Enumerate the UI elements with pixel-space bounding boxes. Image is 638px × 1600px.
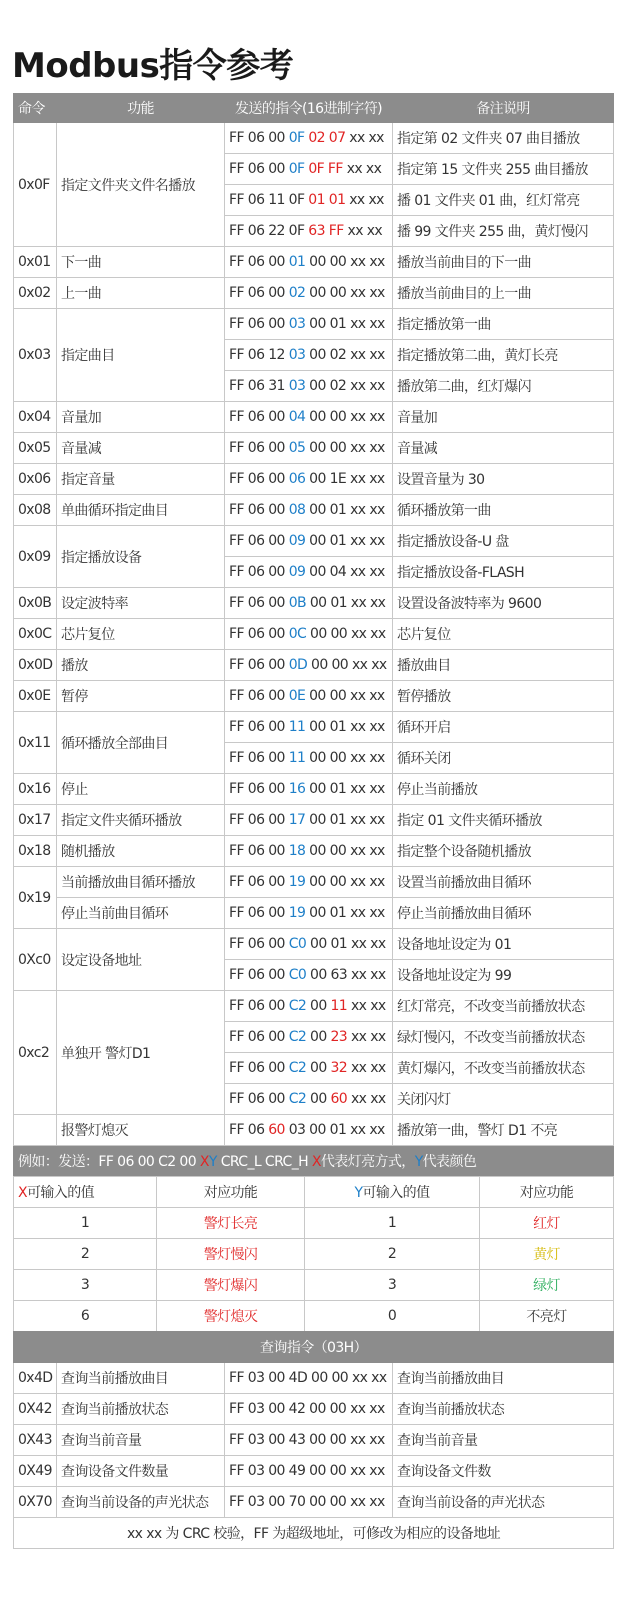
send-part: 09: [289, 564, 306, 580]
note-cell: 设置设备波特率为 9600: [393, 588, 614, 619]
send-part: 00 00 xx xx: [307, 657, 386, 673]
send-part: 09: [289, 533, 306, 549]
send-part: 00 04 xx xx: [305, 564, 384, 580]
x-value: 1: [14, 1208, 157, 1239]
send-part: FF 06 00: [229, 998, 289, 1014]
send-part: FF 06 00: [229, 1029, 289, 1045]
send-cell: FF 06 00 C2 00 11 xx xx: [225, 991, 393, 1022]
header-cmd: 命令: [14, 94, 57, 123]
send-part: C2: [289, 998, 306, 1014]
send-part: FF 06 00: [229, 626, 289, 642]
send-part: FF 06 12: [229, 347, 289, 363]
func-cell: 指定文件夹循环播放: [57, 805, 225, 836]
table-row: 0x0E暂停FF 06 00 0E 00 00 xx xx暂停播放: [14, 681, 614, 712]
send-cell: FF 03 00 42 00 00 xx xx: [225, 1394, 393, 1425]
send-part: FF 06 00: [229, 161, 289, 177]
query-title-row: 查询指令（03H）: [14, 1332, 614, 1363]
query-row: 0X49 查询设备文件数量 FF 03 00 49 00 00 xx xx 查询…: [14, 1456, 614, 1487]
note-cell: 音量加: [393, 402, 614, 433]
send-cell: FF 06 00 19 00 00 xx xx: [225, 867, 393, 898]
func1-header: 对应功能: [157, 1177, 305, 1208]
send-cell: FF 06 00 17 00 01 xx xx: [225, 805, 393, 836]
query-row: 0x4D 查询当前播放曲目 FF 03 00 4D 00 00 xx xx 查询…: [14, 1363, 614, 1394]
send-part: 00 00 xx xx: [305, 750, 384, 766]
example-x: X: [200, 1154, 209, 1170]
x-function: 警灯长亮: [157, 1208, 305, 1239]
note-cell: 查询设备文件数: [393, 1456, 614, 1487]
func-cell: 当前播放曲目循环播放: [57, 867, 225, 898]
send-part: 11: [331, 998, 348, 1014]
send-part: FF 06 00: [229, 750, 289, 766]
func-cell: 停止: [57, 774, 225, 805]
example-y: Y: [209, 1154, 217, 1170]
table-row: 0x08单曲循环指定曲目FF 06 00 08 00 01 xx xx循环播放第…: [14, 495, 614, 526]
y-value: 2: [305, 1239, 480, 1270]
send-part: xx xx: [345, 192, 383, 208]
send-part: FF 06 00: [229, 688, 289, 704]
send-cell: FF 06 00 18 00 00 xx xx: [225, 836, 393, 867]
send-part: 00 00 xx xx: [306, 626, 385, 642]
send-part: C2: [289, 1029, 306, 1045]
note-cell: 查询当前音量: [393, 1425, 614, 1456]
send-part: 17: [289, 812, 306, 828]
y-value: 3: [305, 1270, 480, 1301]
send-part: FF 06 00: [229, 812, 289, 828]
note-cell: 音量减: [393, 433, 614, 464]
send-part: 0E: [289, 688, 306, 704]
table-header: 命令 功能 发送的指令(16进制字符) 备注说明: [14, 94, 614, 123]
note-cell: 查询当前播放曲目: [393, 1363, 614, 1394]
cmd-cell: 0x03: [14, 309, 57, 402]
send-part: 00 01 xx xx: [305, 905, 384, 921]
func-cell: 循环播放全部曲目: [57, 712, 225, 774]
send-part: FF 06 00: [229, 1091, 289, 1107]
send-part: FF 06 00: [229, 905, 289, 921]
cmd-cell: 0x09: [14, 526, 57, 588]
send-part: FF 06 00: [229, 533, 289, 549]
send-cell: FF 06 00 C2 00 60 xx xx: [225, 1084, 393, 1115]
send-part: 0F: [289, 161, 305, 177]
send-part: 00 00 xx xx: [305, 843, 384, 859]
table-row: 0x04音量加FF 06 00 04 00 00 xx xx音量加: [14, 402, 614, 433]
send-part: 00 00 xx xx: [305, 874, 384, 890]
table-row: 0x18随机播放FF 06 00 18 00 00 xx xx指定整个设备随机播…: [14, 836, 614, 867]
header-func: 功能: [57, 94, 225, 123]
example-x2: X: [312, 1154, 321, 1170]
send-part: 18: [289, 843, 306, 859]
table-row: 0x0D播放FF 06 00 0D 00 00 xx xx播放曲目: [14, 650, 614, 681]
send-part: C2: [289, 1060, 306, 1076]
send-part: 00: [306, 1091, 330, 1107]
send-part: FF 06 00: [229, 874, 289, 890]
y-function: 绿灯: [480, 1270, 614, 1301]
send-cell: FF 06 00 09 00 04 xx xx: [225, 557, 393, 588]
func-cell: 随机播放: [57, 836, 225, 867]
cmd-cell: 0x0D: [14, 650, 57, 681]
func-cell: 单曲循环指定曲目: [57, 495, 225, 526]
send-part: 60: [331, 1091, 348, 1107]
query-row: 0X70 查询当前设备的声光状态 FF 03 00 70 00 00 xx xx…: [14, 1487, 614, 1518]
header-note: 备注说明: [393, 94, 614, 123]
table-row: 0Xc0设定设备地址FF 06 00 C0 00 01 xx xx设备地址设定为…: [14, 929, 614, 960]
send-part: 02: [289, 285, 306, 301]
send-part: 00 01 xx xx: [305, 533, 384, 549]
send-part: FF 06 00: [229, 564, 289, 580]
send-part: FF 06 00: [229, 130, 289, 146]
send-part: FF 06 11 0F: [229, 192, 308, 208]
send-part: FF 06 00: [229, 440, 289, 456]
cmd-cell: 0x05: [14, 433, 57, 464]
func-cell: 查询设备文件数量: [57, 1456, 225, 1487]
send-part: xx xx: [345, 130, 383, 146]
table-row: 停止当前曲目循环FF 06 00 19 00 01 xx xx停止当前播放曲目循…: [14, 898, 614, 929]
send-cell: FF 06 00 0D 00 00 xx xx: [225, 650, 393, 681]
send-cell: FF 06 00 03 00 01 xx xx: [225, 309, 393, 340]
send-part: FF 06 00: [229, 781, 289, 797]
func-cell: 上一曲: [57, 278, 225, 309]
send-part: 00 01 xx xx: [305, 781, 384, 797]
cmd-cell: 0x18: [14, 836, 57, 867]
send-cell: FF 06 12 03 00 02 xx xx: [225, 340, 393, 371]
func-cell: 查询当前播放曲目: [57, 1363, 225, 1394]
send-part: 03 00 01 xx xx: [285, 1122, 385, 1138]
table-row: 0x11循环播放全部曲目FF 06 00 11 00 01 xx xx循环开启: [14, 712, 614, 743]
func-cell: 下一曲: [57, 247, 225, 278]
table-row: 0xc2单独开 警灯D1FF 06 00 C2 00 11 xx xx红灯常亮，…: [14, 991, 614, 1022]
func-cell: 查询当前播放状态: [57, 1394, 225, 1425]
send-part: 0F FF: [308, 161, 343, 177]
send-part: 32: [331, 1060, 348, 1076]
note-cell: 黄灯爆闪，不改变当前播放状态: [393, 1053, 614, 1084]
func-cell: 查询当前设备的声光状态: [57, 1487, 225, 1518]
query-row: 0X42 查询当前播放状态 FF 03 00 42 00 00 xx xx 查询…: [14, 1394, 614, 1425]
query-row: 0X43 查询当前音量 FF 03 00 43 00 00 xx xx 查询当前…: [14, 1425, 614, 1456]
send-cell: FF 06 60 03 00 01 xx xx: [225, 1115, 393, 1146]
send-part: FF 06 00: [229, 719, 289, 735]
func-cell: 芯片复位: [57, 619, 225, 650]
send-part: FF 06 00: [229, 843, 289, 859]
note-cell: 循环关闭: [393, 743, 614, 774]
cmd-cell: 0x0C: [14, 619, 57, 650]
send-part: 00: [306, 998, 330, 1014]
example-ydesc: 代表颜色: [423, 1154, 477, 1170]
note-cell: 绿灯慢闪，不改变当前播放状态: [393, 1022, 614, 1053]
send-part: FF 06 00: [229, 657, 289, 673]
func-cell: 音量加: [57, 402, 225, 433]
note-cell: 指定 01 文件夹循环播放: [393, 805, 614, 836]
send-part: FF 06 00: [229, 409, 289, 425]
x-value: 2: [14, 1239, 157, 1270]
send-cell: FF 06 00 05 00 00 xx xx: [225, 433, 393, 464]
send-part: 00: [306, 1029, 330, 1045]
table-row: 0x0C芯片复位FF 06 00 0C 00 00 xx xx芯片复位: [14, 619, 614, 650]
y-value: 0: [305, 1301, 480, 1332]
func-cell: 设定设备地址: [57, 929, 225, 991]
send-part: FF 06 00: [229, 1060, 289, 1076]
func-cell: 指定曲目: [57, 309, 225, 402]
xy-header-row: X可输入的值 对应功能 Y可输入的值 对应功能: [14, 1177, 614, 1208]
cmd-cell: 0Xc0: [14, 929, 57, 991]
note-cell: 查询当前播放状态: [393, 1394, 614, 1425]
y-function: 不亮灯: [480, 1301, 614, 1332]
note-cell: 红灯常亮，不改变当前播放状态: [393, 991, 614, 1022]
send-part: 60: [268, 1122, 285, 1138]
table-row: 0x16停止FF 06 00 16 00 01 xx xx停止当前播放: [14, 774, 614, 805]
note-cell: 停止当前播放: [393, 774, 614, 805]
func-cell: 单独开 警灯D1: [57, 991, 225, 1115]
header-send: 发送的指令(16进制字符): [225, 94, 393, 123]
send-part: FF 06 00: [229, 471, 289, 487]
send-part: 63 FF: [308, 223, 343, 239]
send-part: FF 06 00: [229, 254, 289, 270]
example-xdesc: 代表灯亮方式，: [321, 1154, 415, 1170]
send-cell: FF 06 00 0B 00 01 xx xx: [225, 588, 393, 619]
send-part: 00 1E xx xx: [305, 471, 384, 487]
send-cell: FF 06 00 0F 0F FF xx xx: [225, 154, 393, 185]
send-part: 0B: [289, 595, 306, 611]
send-part: xx xx: [347, 1060, 385, 1076]
send-part: 08: [289, 502, 306, 518]
example-mid: CRC_L CRC_H: [217, 1154, 312, 1170]
cmd-cell: [14, 1115, 57, 1146]
example-prefix: 例如：发送：FF 06 00 C2 00: [18, 1154, 200, 1170]
send-part: 01: [289, 254, 306, 270]
send-part: FF 06 00: [229, 502, 289, 518]
send-part: 03: [289, 316, 306, 332]
cmd-cell: 0x0E: [14, 681, 57, 712]
y-function: 黄灯: [480, 1239, 614, 1270]
table-row: 0x01下一曲FF 06 00 01 00 00 xx xx播放当前曲目的下一曲: [14, 247, 614, 278]
send-cell: FF 06 00 02 00 00 xx xx: [225, 278, 393, 309]
x-function: 警灯慢闪: [157, 1239, 305, 1270]
x-value: 6: [14, 1301, 157, 1332]
send-part: 11: [289, 719, 306, 735]
send-part: FF 06 00: [229, 316, 289, 332]
footer-note: xx xx 为 CRC 校验，FF 为超级地址，可修改为相应的设备地址: [14, 1518, 614, 1549]
send-part: 00 01 xx xx: [305, 812, 384, 828]
func-cell: 音量减: [57, 433, 225, 464]
note-cell: 播放第一曲，警灯 D1 不亮: [393, 1115, 614, 1146]
send-cell: FF 06 00 09 00 01 xx xx: [225, 526, 393, 557]
page-title: Modbus指令参考: [12, 38, 293, 87]
note-cell: 播放当前曲目的下一曲: [393, 247, 614, 278]
send-part: 03: [289, 347, 306, 363]
cmd-cell: 0X70: [14, 1487, 57, 1518]
cmd-cell: 0x17: [14, 805, 57, 836]
x-function: 警灯熄灭: [157, 1301, 305, 1332]
send-cell: FF 03 00 49 00 00 xx xx: [225, 1456, 393, 1487]
note-cell: 指定播放第一曲: [393, 309, 614, 340]
table-row: 报警灯熄灭FF 06 60 03 00 01 xx xx播放第一曲，警灯 D1 …: [14, 1115, 614, 1146]
send-part: C0: [289, 967, 306, 983]
func-cell: 停止当前曲目循环: [57, 898, 225, 929]
send-part: FF 06 00: [229, 967, 289, 983]
send-part: 00: [306, 1060, 330, 1076]
send-part: FF 06 00: [229, 595, 289, 611]
func-cell: 指定播放设备: [57, 526, 225, 588]
send-part: C2: [289, 1091, 306, 1107]
send-part: 23: [331, 1029, 348, 1045]
send-cell: FF 06 00 C2 00 23 xx xx: [225, 1022, 393, 1053]
note-cell: 设备地址设定为 99: [393, 960, 614, 991]
send-part: xx xx: [347, 1029, 385, 1045]
send-cell: FF 06 00 16 00 01 xx xx: [225, 774, 393, 805]
note-cell: 指定播放设备-U 盘: [393, 526, 614, 557]
func-cell: 播放: [57, 650, 225, 681]
cmd-cell: 0x4D: [14, 1363, 57, 1394]
send-cell: FF 06 00 01 00 00 xx xx: [225, 247, 393, 278]
note-cell: 循环开启: [393, 712, 614, 743]
table-row: 0x05音量减FF 06 00 05 00 00 xx xx音量减: [14, 433, 614, 464]
send-part: 00 00 xx xx: [305, 688, 384, 704]
send-cell: FF 06 11 0F 01 01 xx xx: [225, 185, 393, 216]
send-part: 0D: [289, 657, 308, 673]
send-cell: FF 06 00 11 00 01 xx xx: [225, 712, 393, 743]
send-part: 00 00 xx xx: [305, 254, 384, 270]
send-cell: FF 03 00 4D 00 00 xx xx: [225, 1363, 393, 1394]
func-cell: 报警灯熄灭: [57, 1115, 225, 1146]
send-part: 02 07: [308, 130, 345, 146]
send-part: xx xx: [347, 1091, 385, 1107]
send-cell: FF 06 00 C2 00 32 xx xx: [225, 1053, 393, 1084]
table-row: 0x17指定文件夹循环播放FF 06 00 17 00 01 xx xx指定 0…: [14, 805, 614, 836]
send-part: 00 01 xx xx: [306, 936, 385, 952]
x-value: 3: [14, 1270, 157, 1301]
func-cell: 指定文件夹文件名播放: [57, 123, 225, 247]
send-part: FF 06 31: [229, 378, 289, 394]
send-part: 04: [289, 409, 306, 425]
example-y2: Y: [415, 1154, 423, 1170]
xy-row: 1 警灯长亮 1 红灯: [14, 1208, 614, 1239]
cmd-cell: 0x11: [14, 712, 57, 774]
example-row: 例如：发送：FF 06 00 C2 00 XY CRC_L CRC_H X代表灯…: [14, 1146, 614, 1177]
cmd-cell: 0X49: [14, 1456, 57, 1487]
query-title: 查询指令（03H）: [14, 1332, 614, 1363]
send-cell: FF 03 00 70 00 00 xx xx: [225, 1487, 393, 1518]
note-cell: 指定整个设备随机播放: [393, 836, 614, 867]
note-cell: 播放曲目: [393, 650, 614, 681]
send-part: 00 02 xx xx: [305, 378, 384, 394]
note-cell: 暂停播放: [393, 681, 614, 712]
send-part: 00 63 xx xx: [306, 967, 385, 983]
note-cell: 指定第 15 文件夹 255 曲目播放: [393, 154, 614, 185]
func-cell: 设定波特率: [57, 588, 225, 619]
note-cell: 播放当前曲目的上一曲: [393, 278, 614, 309]
send-part: 00 01 xx xx: [305, 316, 384, 332]
x-function: 警灯爆闪: [157, 1270, 305, 1301]
cmd-cell: 0x01: [14, 247, 57, 278]
send-part: C0: [289, 936, 306, 952]
send-part: 16: [289, 781, 306, 797]
send-cell: FF 06 00 C0 00 63 xx xx: [225, 960, 393, 991]
note-cell: 设备地址设定为 01: [393, 929, 614, 960]
cmd-cell: 0x0B: [14, 588, 57, 619]
send-part: 00 00 xx xx: [305, 440, 384, 456]
table-row: 0x03指定曲目FF 06 00 03 00 01 xx xx指定播放第一曲: [14, 309, 614, 340]
send-part: 0C: [289, 626, 306, 642]
send-cell: FF 06 31 03 00 02 xx xx: [225, 371, 393, 402]
note-cell: 芯片复位: [393, 619, 614, 650]
send-part: xx xx: [347, 998, 385, 1014]
send-part: 00 00 xx xx: [305, 285, 384, 301]
note-cell: 查询当前设备的声光状态: [393, 1487, 614, 1518]
note-cell: 播放第二曲，红灯爆闪: [393, 371, 614, 402]
func-cell: 暂停: [57, 681, 225, 712]
send-cell: FF 06 00 11 00 00 xx xx: [225, 743, 393, 774]
send-cell: FF 06 00 0C 00 00 xx xx: [225, 619, 393, 650]
note-cell: 停止当前播放曲目循环: [393, 898, 614, 929]
send-part: FF 06 00: [229, 285, 289, 301]
send-part: xx xx: [343, 161, 381, 177]
note-cell: 设置当前播放曲目循环: [393, 867, 614, 898]
func-cell: 指定音量: [57, 464, 225, 495]
xy-row: 2 警灯慢闪 2 黄灯: [14, 1239, 614, 1270]
cmd-cell: 0x0F: [14, 123, 57, 247]
send-part: xx xx: [344, 223, 382, 239]
cmd-cell: 0x16: [14, 774, 57, 805]
send-cell: FF 06 00 06 00 1E xx xx: [225, 464, 393, 495]
send-part: 05: [289, 440, 306, 456]
note-cell: 指定播放设备-FLASH: [393, 557, 614, 588]
send-cell: FF 06 00 08 00 01 xx xx: [225, 495, 393, 526]
send-part: 00 01 xx xx: [305, 502, 384, 518]
table-row: 0x0B设定波特率FF 06 00 0B 00 01 xx xx设置设备波特率为…: [14, 588, 614, 619]
send-cell: FF 06 00 04 00 00 xx xx: [225, 402, 393, 433]
send-part: 00 01 xx xx: [305, 719, 384, 735]
func2-header: 对应功能: [480, 1177, 614, 1208]
cmd-cell: 0x19: [14, 867, 57, 929]
send-part: 19: [289, 874, 306, 890]
cmd-cell: 0x04: [14, 402, 57, 433]
xy-row: 6 警灯熄灭 0 不亮灯: [14, 1301, 614, 1332]
x-letter: X: [18, 1185, 27, 1201]
table-row: 0x09指定播放设备FF 06 00 09 00 01 xx xx指定播放设备-…: [14, 526, 614, 557]
modbus-command-table: 命令 功能 发送的指令(16进制字符) 备注说明 0x0F指定文件夹文件名播放F…: [13, 93, 614, 1177]
note-cell: 指定第 02 文件夹 07 曲目播放: [393, 123, 614, 154]
note-cell: 指定播放第二曲，黄灯长亮: [393, 340, 614, 371]
cmd-cell: 0xc2: [14, 991, 57, 1115]
send-part: 00 01 xx xx: [306, 595, 385, 611]
table-row: 0x0F指定文件夹文件名播放FF 06 00 0F 02 07 xx xx指定第…: [14, 123, 614, 154]
y-function: 红灯: [480, 1208, 614, 1239]
send-cell: FF 06 00 0F 02 07 xx xx: [225, 123, 393, 154]
note-cell: 设置音量为 30: [393, 464, 614, 495]
send-cell: FF 06 22 0F 63 FF xx xx: [225, 216, 393, 247]
cmd-cell: 0x06: [14, 464, 57, 495]
x-label: 可输入的值: [27, 1185, 94, 1201]
send-part: 00 00 xx xx: [305, 409, 384, 425]
note-cell: 播 99 文件夹 255 曲，黄灯慢闪: [393, 216, 614, 247]
send-cell: FF 06 00 0E 00 00 xx xx: [225, 681, 393, 712]
footer-row: xx xx 为 CRC 校验，FF 为超级地址，可修改为相应的设备地址: [14, 1518, 614, 1549]
note-cell: 关闭闪灯: [393, 1084, 614, 1115]
y-value: 1: [305, 1208, 480, 1239]
send-part: FF 06 22 0F: [229, 223, 308, 239]
note-cell: 循环播放第一曲: [393, 495, 614, 526]
table-row: 0x06指定音量FF 06 00 06 00 1E xx xx设置音量为 30: [14, 464, 614, 495]
query-command-table: 查询指令（03H） 0x4D 查询当前播放曲目 FF 03 00 4D 00 0…: [13, 1331, 614, 1549]
note-cell: 播 01 文件夹 01 曲，红灯常亮: [393, 185, 614, 216]
send-part: 19: [289, 905, 306, 921]
send-cell: FF 06 00 19 00 01 xx xx: [225, 898, 393, 929]
send-part: FF 06 00: [229, 936, 289, 952]
send-cell: FF 03 00 43 00 00 xx xx: [225, 1425, 393, 1456]
cmd-cell: 0x02: [14, 278, 57, 309]
send-part: 11: [289, 750, 306, 766]
send-part: 00 02 xx xx: [305, 347, 384, 363]
table-row: 0x19当前播放曲目循环播放FF 06 00 19 00 00 xx xx设置当…: [14, 867, 614, 898]
func-cell: 查询当前音量: [57, 1425, 225, 1456]
